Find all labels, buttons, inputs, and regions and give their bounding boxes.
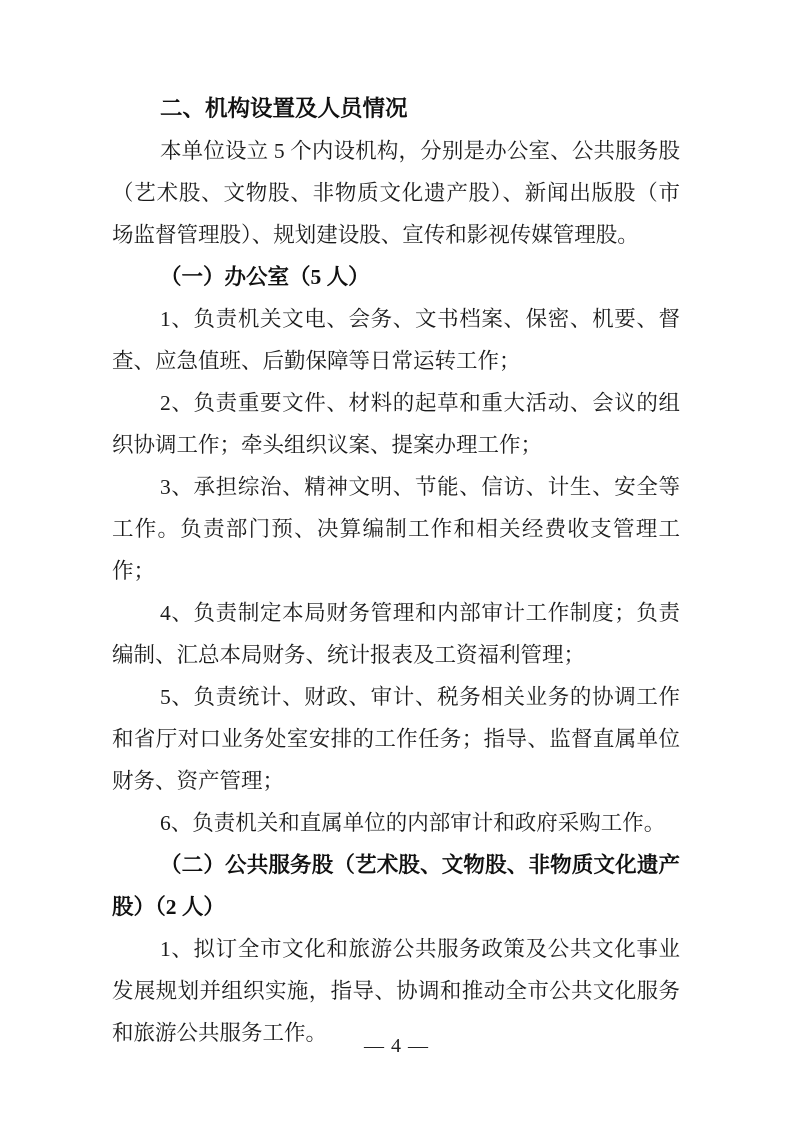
- document-body: 二、机构设置及人员情况 本单位设立 5 个内设机构，分别是办公室、公共服务股（艺…: [112, 88, 680, 1054]
- paragraph-office-item-5: 5、负责统计、财政、审计、税务相关业务的协调工作和省厅对口业务处室安排的工作任务…: [112, 676, 680, 802]
- paragraph-intro: 本单位设立 5 个内设机构，分别是办公室、公共服务股（艺术股、文物股、非物质文化…: [112, 130, 680, 256]
- page-number: — 4 —: [0, 1033, 793, 1059]
- subheading-public-service: （二）公共服务股（艺术股、文物股、非物质文化遗产股）（2 人）: [112, 844, 680, 928]
- paragraph-office-item-1: 1、负责机关文电、会务、文书档案、保密、机要、督查、应急值班、后勤保障等日常运转…: [112, 298, 680, 382]
- paragraph-office-item-2: 2、负责重要文件、材料的起草和重大活动、会议的组织协调工作；牵头组织议案、提案办…: [112, 382, 680, 466]
- section-heading: 二、机构设置及人员情况: [112, 88, 680, 130]
- paragraph-office-item-4: 4、负责制定本局财务管理和内部审计工作制度；负责编制、汇总本局财务、统计报表及工…: [112, 592, 680, 676]
- document-page: 二、机构设置及人员情况 本单位设立 5 个内设机构，分别是办公室、公共服务股（艺…: [0, 0, 793, 1122]
- subheading-office: （一）办公室（5 人）: [112, 256, 680, 298]
- paragraph-office-item-6: 6、负责机关和直属单位的内部审计和政府采购工作。: [112, 802, 680, 844]
- paragraph-office-item-3: 3、承担综治、精神文明、节能、信访、计生、安全等工作。负责部门预、决算编制工作和…: [112, 466, 680, 592]
